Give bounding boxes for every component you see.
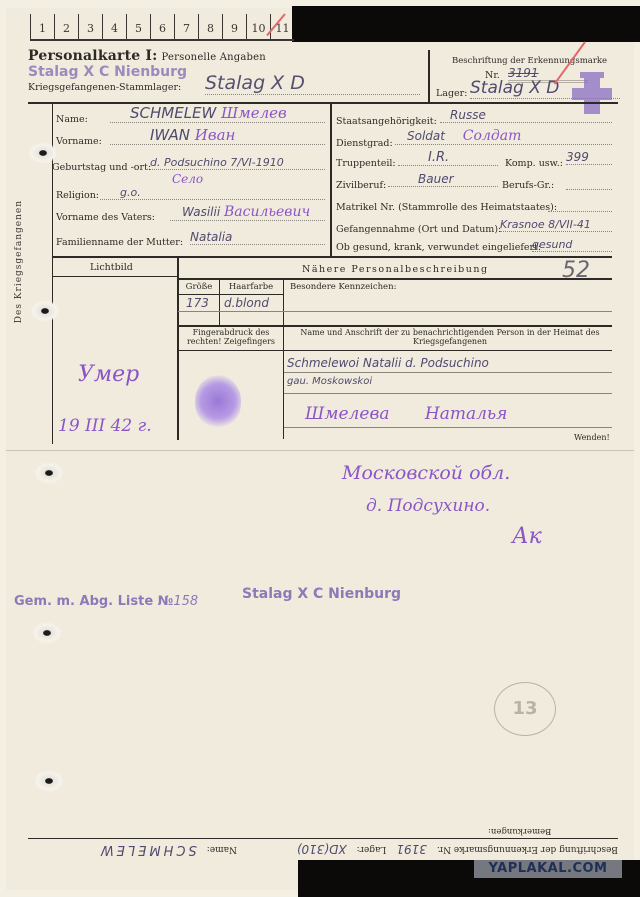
vater-label: Vorname des Vaters:	[56, 212, 155, 223]
bemerkungen-label: Bemerkungen:	[488, 826, 551, 836]
footer-name-value: SCHMELEW	[98, 842, 197, 857]
gesund-value: gesund	[532, 238, 612, 252]
heimat-line2: gau. Moskowskoi	[287, 376, 372, 387]
haarfarbe-label: Haarfarbe	[220, 282, 282, 292]
heimat-line3: Шмелева Наталья	[305, 404, 507, 424]
name-value: SCHMELEW	[130, 104, 216, 122]
abg-stamp-text: Gem. m. Abg. Liste №	[14, 594, 173, 609]
redaction-bar-top	[292, 6, 640, 42]
camp-stamp: Stalag X C Nienburg	[28, 64, 187, 80]
lichtbild-label: Lichtbild	[90, 262, 133, 273]
vorname-field: IWAN Иван	[110, 126, 325, 145]
ruler-number: 7	[174, 14, 198, 39]
groesse-value: 173	[186, 296, 209, 310]
rule	[283, 279, 284, 439]
dienstgrad-label: Dienstgrad:	[336, 138, 393, 149]
stammlager-value: Stalag X D	[205, 72, 420, 95]
rule	[284, 393, 612, 394]
rule	[219, 279, 220, 325]
gefangen-value: Krasnoe 8/VII-41	[500, 218, 612, 232]
rule	[330, 104, 332, 256]
ruler-number: 3	[78, 14, 102, 39]
religion-label: Religion:	[56, 190, 99, 201]
footer-tag-row: Beschriftung der Erkennungsmarke Nr. 319…	[28, 842, 618, 857]
ruler-number: 2	[54, 14, 78, 39]
side-label: Des Kriegsgefangenen	[14, 200, 24, 323]
rule	[177, 258, 179, 440]
zivil-value: Bauer	[388, 172, 498, 187]
rule	[28, 838, 618, 839]
fingerprint	[195, 375, 241, 427]
card-title: Personalkarte I:Personelle Angaben	[28, 48, 266, 64]
abg-camp-stamp: Stalag X C Nienburg	[242, 586, 401, 602]
rule	[284, 427, 612, 428]
title-text: Personalkarte I:	[28, 48, 158, 64]
ruler-number: 8	[198, 14, 222, 39]
mutter-value: Natalia	[190, 230, 325, 245]
subtitle-text: Personelle Angaben	[162, 52, 266, 63]
ruler: 1 2 3 4 5 6 7 8 9 10 11	[30, 14, 294, 41]
rule	[178, 325, 612, 327]
rule	[52, 276, 177, 277]
berufs-value	[566, 188, 612, 190]
circle-stamp: 13	[494, 682, 556, 736]
dienstgrad-cyrillic: Солдат	[463, 128, 522, 144]
punch-hole	[34, 770, 64, 792]
signature: Ак	[512, 524, 542, 549]
komp-label: Komp. usw.:	[505, 158, 563, 169]
vater-cyrillic: Васильевич	[224, 204, 310, 220]
geburt-cyrillic: Село	[172, 172, 203, 186]
kennzeichen-label: Besondere Kennzeichen:	[290, 282, 396, 292]
matrikel-label: Matrikel Nr. (Stammrolle des Heimatstaat…	[336, 202, 557, 213]
heimat-label: Name und Anschrift der zu benachrichtige…	[300, 328, 600, 346]
staat-label: Staatsangehörigkeit:	[336, 116, 437, 127]
ruler-number: 5	[126, 14, 150, 39]
death-note: Умер	[78, 362, 139, 387]
religion-value: g.o.	[100, 186, 325, 200]
rule	[178, 294, 283, 295]
name-label: Name:	[56, 114, 88, 125]
rule	[178, 311, 612, 312]
punch-hole	[30, 300, 60, 322]
name-cyrillic: Шмелев	[221, 104, 287, 122]
tag-lager-label: Lager:	[436, 88, 467, 99]
footer-tag-value: 3191	[396, 843, 427, 857]
staat-value: Russe	[440, 108, 612, 123]
dienstgrad-field: Soldat Солдат	[395, 128, 612, 145]
vorname-label: Vorname:	[56, 136, 102, 147]
address-line2: д. Подсухино.	[366, 496, 490, 516]
naehere-label: Nähere Personalbeschreibung	[302, 264, 489, 275]
vater-field: Wasilii Васильевич	[170, 204, 325, 221]
geburt-value: d. Podsuchino 7/VI-1910	[150, 156, 325, 170]
ruler-number: 4	[102, 14, 126, 39]
truppe-value: I.R.	[398, 150, 498, 166]
abg-number: 158	[173, 594, 198, 609]
watermark: YAPLAKAL.COM	[474, 860, 622, 878]
zivil-label: Zivilberuf:	[336, 180, 386, 191]
berufs-label: Berufs-Gr.:	[502, 180, 554, 191]
heimat-line1: Schmelewoi Natalii d. Podsuchino	[287, 356, 489, 370]
punch-hole	[34, 462, 64, 484]
tag-header: Beschriftung der Erkennungsmarke	[452, 56, 607, 66]
punch-hole	[32, 622, 62, 644]
truppe-label: Truppenteil:	[336, 158, 396, 169]
ruler-number: 6	[150, 14, 174, 39]
finger-label: Fingerabdruck des rechten! Zeigefingers	[180, 328, 282, 346]
vater-value: Wasilii	[182, 205, 220, 219]
gefangen-label: Gefangennahme (Ort und Datum):	[336, 224, 501, 235]
groesse-label: Größe	[180, 282, 218, 292]
komp-value: 399	[566, 150, 612, 165]
footer-tag-label: Beschriftung der Erkennungsmarke Nr.	[437, 845, 618, 855]
footer-name-label: Name:	[207, 845, 237, 855]
haarfarbe-value: d.blond	[224, 296, 269, 310]
dienstgrad-value: Soldat	[407, 129, 445, 143]
rule	[52, 256, 612, 258]
rule	[284, 372, 612, 373]
ruler-number: 9	[222, 14, 246, 39]
vorname-cyrillic: Иван	[195, 126, 236, 144]
matrikel-value	[548, 210, 612, 212]
address-line1: Московской обл.	[342, 462, 510, 484]
divider	[428, 50, 430, 102]
ruler-number: 1	[30, 14, 54, 39]
footer-lager-value: XD(310)	[297, 843, 347, 857]
vorname-value: IWAN	[150, 126, 190, 144]
gesund-label: Ob gesund, krank, verwundet eingeliefert…	[336, 242, 541, 253]
name-field: SCHMELEW Шмелев	[110, 104, 325, 123]
rule	[178, 350, 612, 351]
abg-stamp: Gem. m. Abg. Liste №158	[14, 594, 198, 609]
footer-lager-label: Lager:	[357, 845, 387, 855]
rule	[177, 278, 612, 280]
death-date: 19 III 42 г.	[58, 416, 152, 436]
geburt-label: Geburtstag und -ort:	[52, 162, 151, 173]
wenden-label: Wenden!	[574, 433, 610, 442]
stammlager-label: Kriegsgefangenen-Stammlager:	[28, 82, 181, 93]
punch-hole	[28, 142, 58, 164]
fold-line	[6, 450, 634, 451]
mutter-label: Familienname der Mutter:	[56, 237, 183, 248]
